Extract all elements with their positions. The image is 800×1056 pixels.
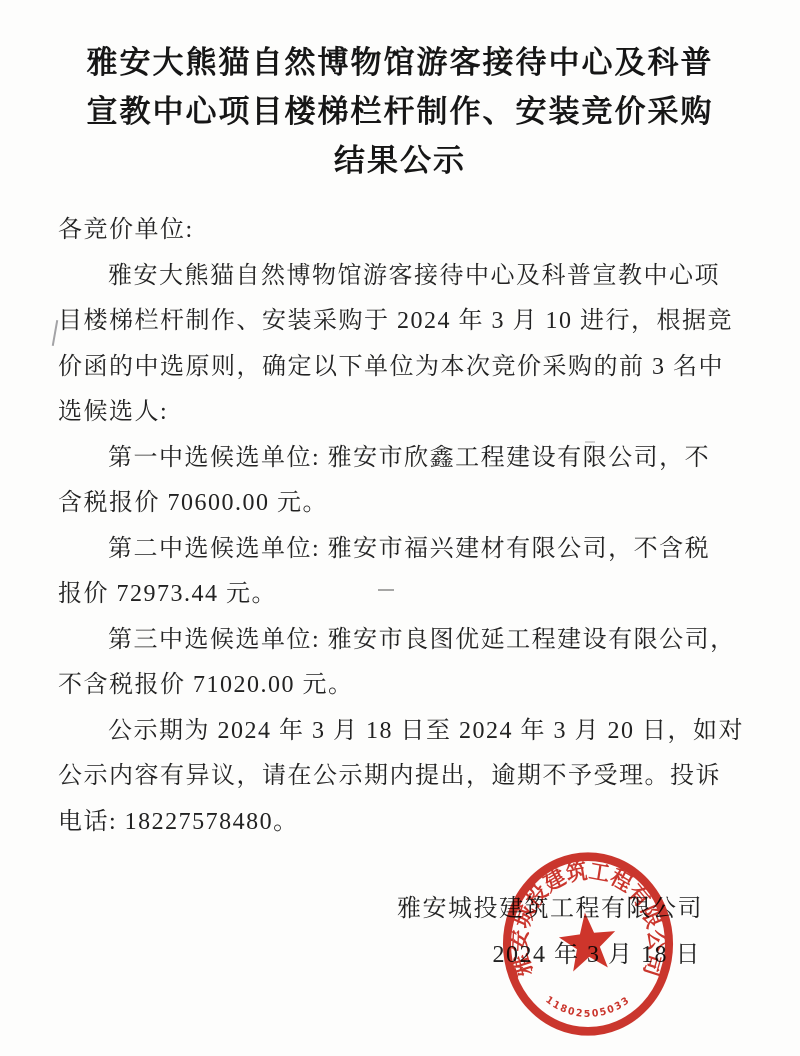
official-seal-svg: 雅安城投建筑工程有限公司 5118025050330 — [498, 848, 678, 1040]
scan-artifact-dash — [378, 589, 394, 591]
paragraph-5-line-2: 公示内容有异议，请在公示期内提出，逾期不予受理。投诉 — [58, 754, 750, 800]
paragraph-1-line-4: 选候选人: — [58, 390, 750, 436]
document-title-line-2: 宣教中心项目楼梯栏杆制作、安装竞价采购 — [0, 87, 800, 136]
document-title-line-3: 结果公示 — [0, 136, 800, 185]
paragraph-4-line-1: 第三中选候选单位: 雅安市良图优延工程建设有限公司， — [58, 618, 750, 664]
paragraph-5-line-1: 公示期为 2024 年 3 月 18 日至 2024 年 3 月 20 日，如对 — [58, 709, 750, 755]
paragraph-4-line-2: 不含税报价 71020.00 元。 — [58, 663, 750, 709]
salutation: 各竞价单位: — [58, 208, 750, 254]
notice-page: 雅安大熊猫自然博物馆游客接待中心及科普 宣教中心项目楼梯栏杆制作、安装竞价采购 … — [0, 0, 800, 1056]
paragraph-2-line-2: 含税报价 70600.00 元。 — [58, 481, 750, 527]
scan-artifact-speck — [585, 441, 595, 443]
paragraph-1-line-1: 雅安大熊猫自然博物馆游客接待中心及科普宣教中心项 — [58, 254, 750, 300]
document-title-line-1: 雅安大熊猫自然博物馆游客接待中心及科普 — [0, 38, 800, 87]
document-title: 雅安大熊猫自然博物馆游客接待中心及科普 宣教中心项目楼梯栏杆制作、安装竞价采购 … — [0, 38, 800, 185]
paragraph-5-line-3: 电话: 18227578480。 — [58, 800, 750, 846]
paragraph-1-line-3: 价函的中选原则，确定以下单位为本次竞价采购的前 3 名中 — [58, 345, 750, 391]
paragraph-3-line-2: 报价 72973.44 元。 — [58, 572, 750, 618]
seal-star-icon — [557, 909, 619, 972]
paragraph-2-line-1: 第一中选候选单位: 雅安市欣鑫工程建设有限公司，不 — [58, 436, 750, 482]
official-seal: 雅安城投建筑工程有限公司 5118025050330 — [498, 848, 678, 1040]
document-body: 各竞价单位: 雅安大熊猫自然博物馆游客接待中心及科普宣教中心项 目楼梯栏杆制作、… — [58, 208, 750, 845]
paragraph-1-line-2: 目楼梯栏杆制作、安装采购于 2024 年 3 月 10 进行，根据竞 — [58, 299, 750, 345]
paragraph-3-line-1: 第二中选候选单位: 雅安市福兴建材有限公司，不含税 — [58, 527, 750, 573]
